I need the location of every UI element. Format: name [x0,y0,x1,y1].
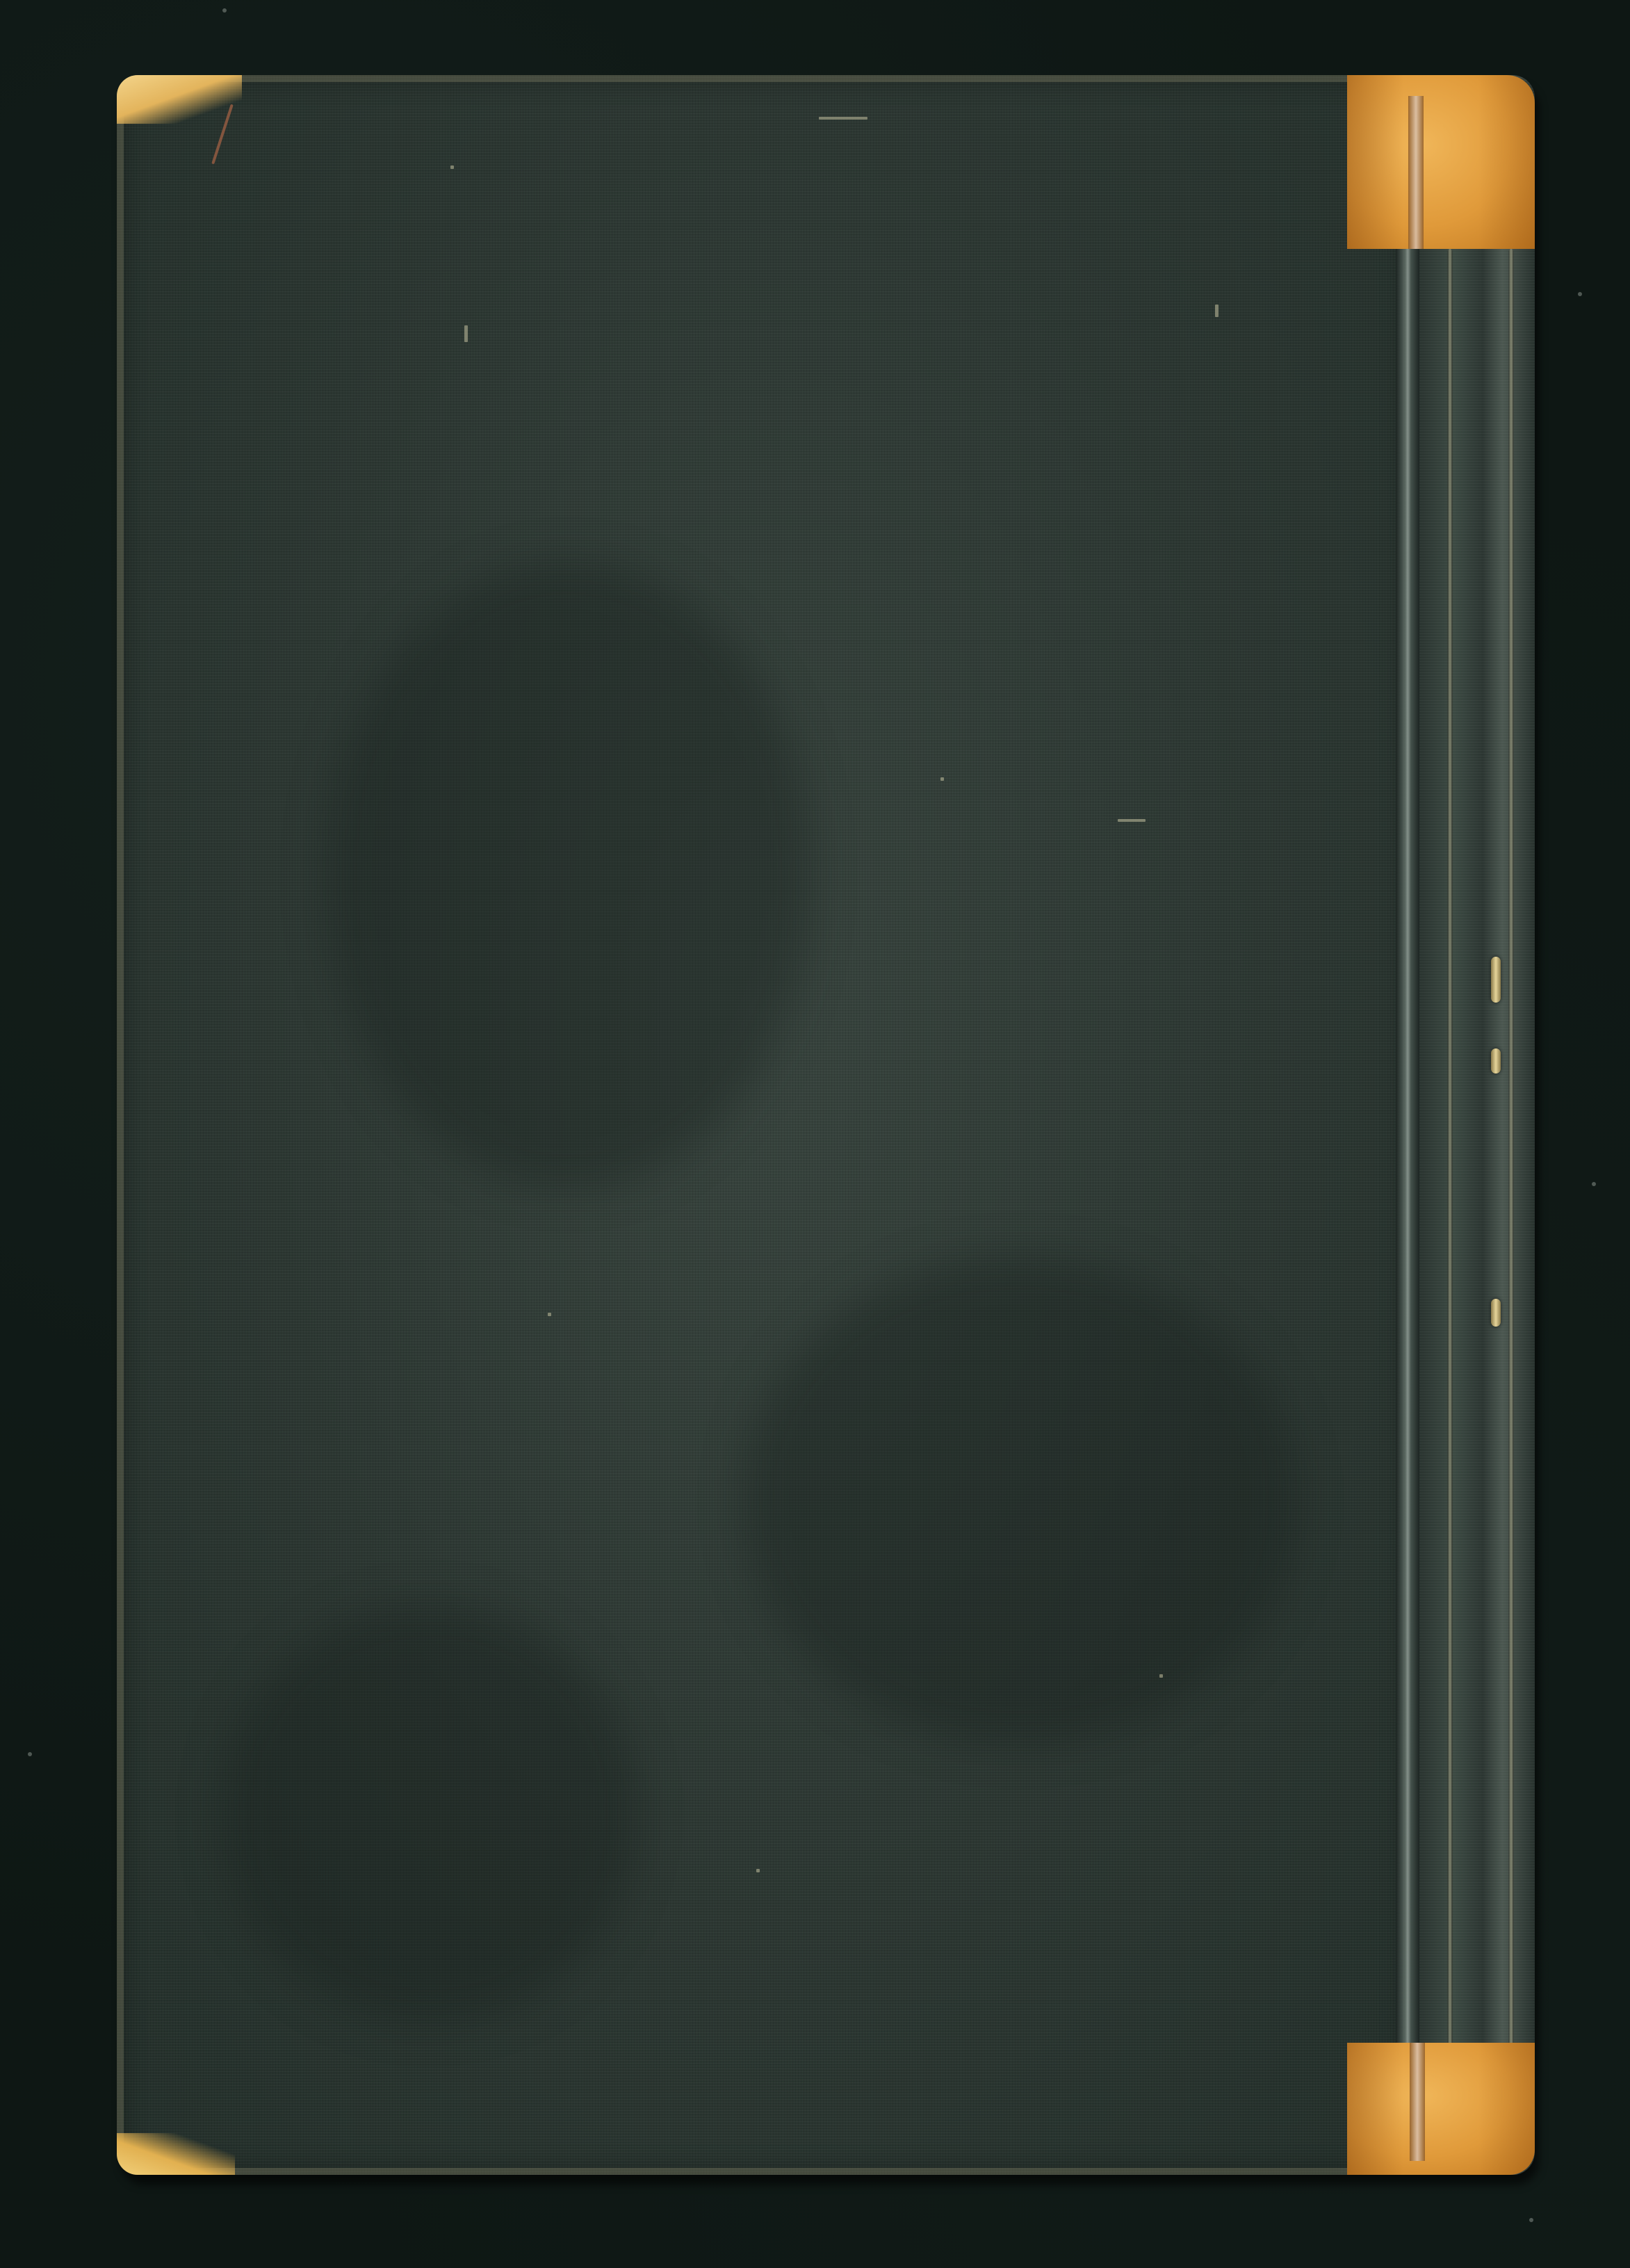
dust-speck [1592,1182,1596,1186]
book [117,75,1535,2175]
cover-wear-mark [1215,305,1219,317]
hinge-groove [1396,249,1419,2057]
dust-speck [1529,2218,1533,2222]
corner-groove [1408,96,1424,249]
cover-stain [742,1257,1298,1744]
corner-groove [1410,2043,1425,2161]
worn-corner-bottom-left [117,2133,235,2175]
dust-speck [28,1752,32,1756]
binding-thread [1491,1299,1501,1327]
cover-stain [221,1605,638,2022]
binding-thread [1491,957,1501,1003]
cover-wear-mark [548,1313,551,1316]
cover-stain [325,562,812,1188]
cover-wear-mark [1118,819,1146,822]
dust-speck [1578,292,1582,296]
dust-speck [222,8,227,13]
cover-wear-mark [1159,1674,1163,1678]
cover-wear-mark [819,117,867,120]
cover-wear-mark [940,777,944,781]
spine-rib [1447,249,1453,2057]
binding-thread [1491,1048,1501,1074]
worn-corner-top-left [117,75,242,124]
cover-wear-mark [756,1869,760,1872]
worn-corner-bottom-right [1347,2043,1535,2175]
cover-wear-mark [464,325,468,342]
cover-wear-mark [450,165,454,169]
spine [1419,75,1535,2175]
worn-corner-top-right [1347,75,1535,249]
back-cover [117,75,1410,2175]
spine-rib [1508,249,1514,2057]
